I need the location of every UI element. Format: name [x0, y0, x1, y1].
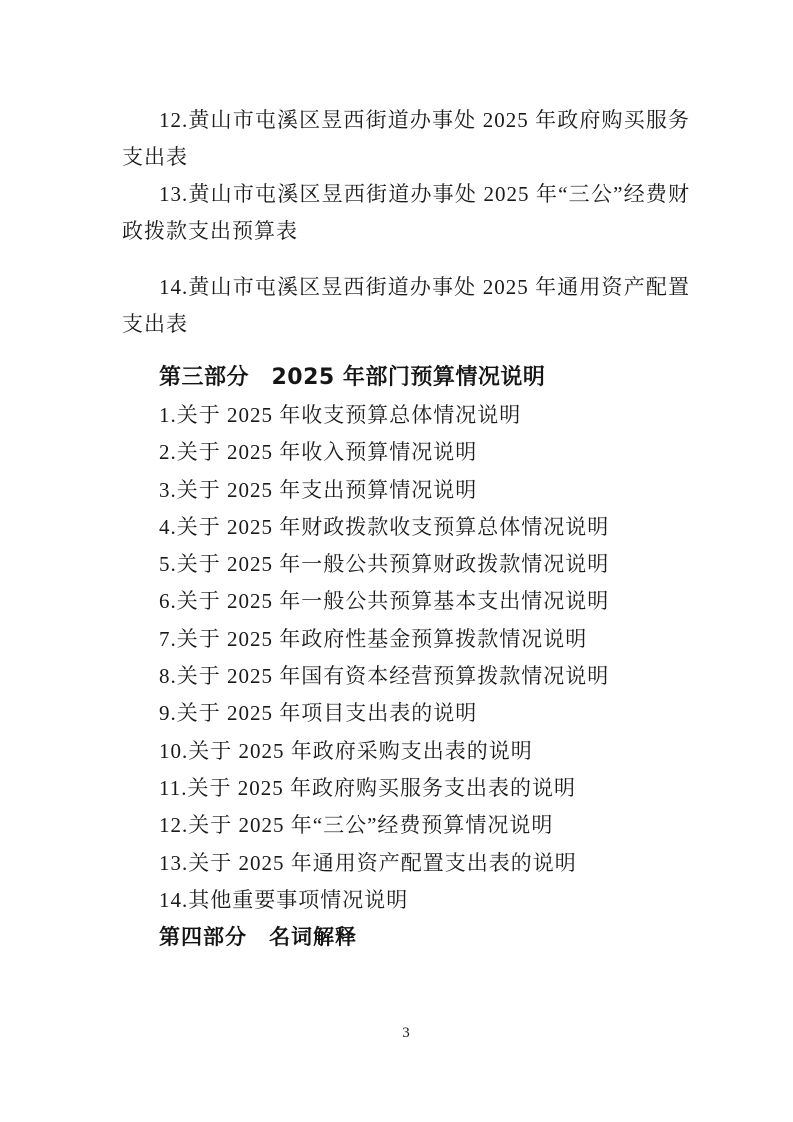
- toc-item: 9.关于 2025 年项目支出表的说明: [159, 695, 690, 732]
- toc-item: 7.关于 2025 年政府性基金预算拨款情况说明: [159, 621, 690, 658]
- toc-item: 2.关于 2025 年收入预算情况说明: [159, 434, 690, 471]
- toc-item: 10.关于 2025 年政府采购支出表的说明: [159, 733, 690, 770]
- section3-heading: 第三部分 2025 年部门预算情况说明: [122, 359, 690, 397]
- toc-item: 5.关于 2025 年一般公共预算财政拨款情况说明: [159, 546, 690, 583]
- toc-item: 12.关于 2025 年“三公”经费预算情况说明: [159, 807, 690, 844]
- toc-table-entry: 12.黄山市屯溪区昱西街道办事处 2025 年政府购买服务支出表: [122, 102, 690, 176]
- toc-item: 4.关于 2025 年财政拨款收支预算总体情况说明: [159, 509, 690, 546]
- section4-heading: 第四部分 名词解释: [122, 919, 690, 956]
- page-number: 3: [122, 1023, 690, 1043]
- toc-content: 12.黄山市屯溪区昱西街道办事处 2025 年政府购买服务支出表 13.黄山市屯…: [122, 102, 690, 956]
- toc-item: 6.关于 2025 年一般公共预算基本支出情况说明: [159, 583, 690, 620]
- section3-item-list: 1.关于 2025 年收支预算总体情况说明 2.关于 2025 年收入预算情况说…: [122, 397, 690, 919]
- toc-table-entry: 13.黄山市屯溪区昱西街道办事处 2025 年“三公”经费财政拨款支出预算表: [122, 176, 690, 250]
- document-page: 12.黄山市屯溪区昱西街道办事处 2025 年政府购买服务支出表 13.黄山市屯…: [0, 0, 793, 1122]
- toc-item: 1.关于 2025 年收支预算总体情况说明: [159, 397, 690, 434]
- toc-item: 13.关于 2025 年通用资产配置支出表的说明: [159, 845, 690, 882]
- toc-item: 3.关于 2025 年支出预算情况说明: [159, 472, 690, 509]
- toc-item: 8.关于 2025 年国有资本经营预算拨款情况说明: [159, 658, 690, 695]
- toc-item: 11.关于 2025 年政府购买服务支出表的说明: [159, 770, 690, 807]
- toc-item: 14.其他重要事项情况说明: [159, 882, 690, 919]
- toc-table-entry: 14.黄山市屯溪区昱西街道办事处 2025 年通用资产配置支出表: [122, 269, 690, 343]
